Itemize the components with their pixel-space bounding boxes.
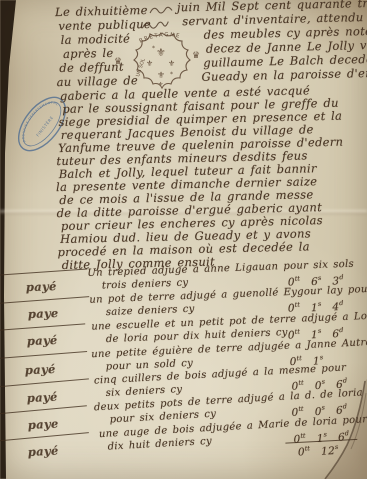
paid-annotation: payé <box>26 279 57 294</box>
paid-annotation: paye <box>28 306 59 321</box>
flourish-icon <box>148 4 174 17</box>
manuscript-line: vente publique <box>58 17 151 33</box>
total-amount: 0tt12s <box>298 443 339 459</box>
entry-text: trois deniers cy <box>102 277 189 291</box>
paid-annotation: payé <box>25 362 56 377</box>
paid-annotation: payé <box>27 333 58 348</box>
paid-annotation: paye <box>27 416 58 432</box>
manuscript-line: de deffunt <box>59 60 124 75</box>
manuscript-page: BRETAGNE UN SOL ⚜ ⚜ ⚜ ⚜ ⚜ * * ♛ ♛ ARCHIV… <box>0 0 367 479</box>
entry-text: six deniers cy <box>105 384 182 399</box>
manuscript-line: après le <box>63 46 114 61</box>
manuscript-line: la modicité <box>61 31 131 47</box>
entry-text: saize deniers cy <box>106 304 195 318</box>
paid-annotation: payé <box>26 390 57 406</box>
flourish-icon <box>140 20 170 33</box>
